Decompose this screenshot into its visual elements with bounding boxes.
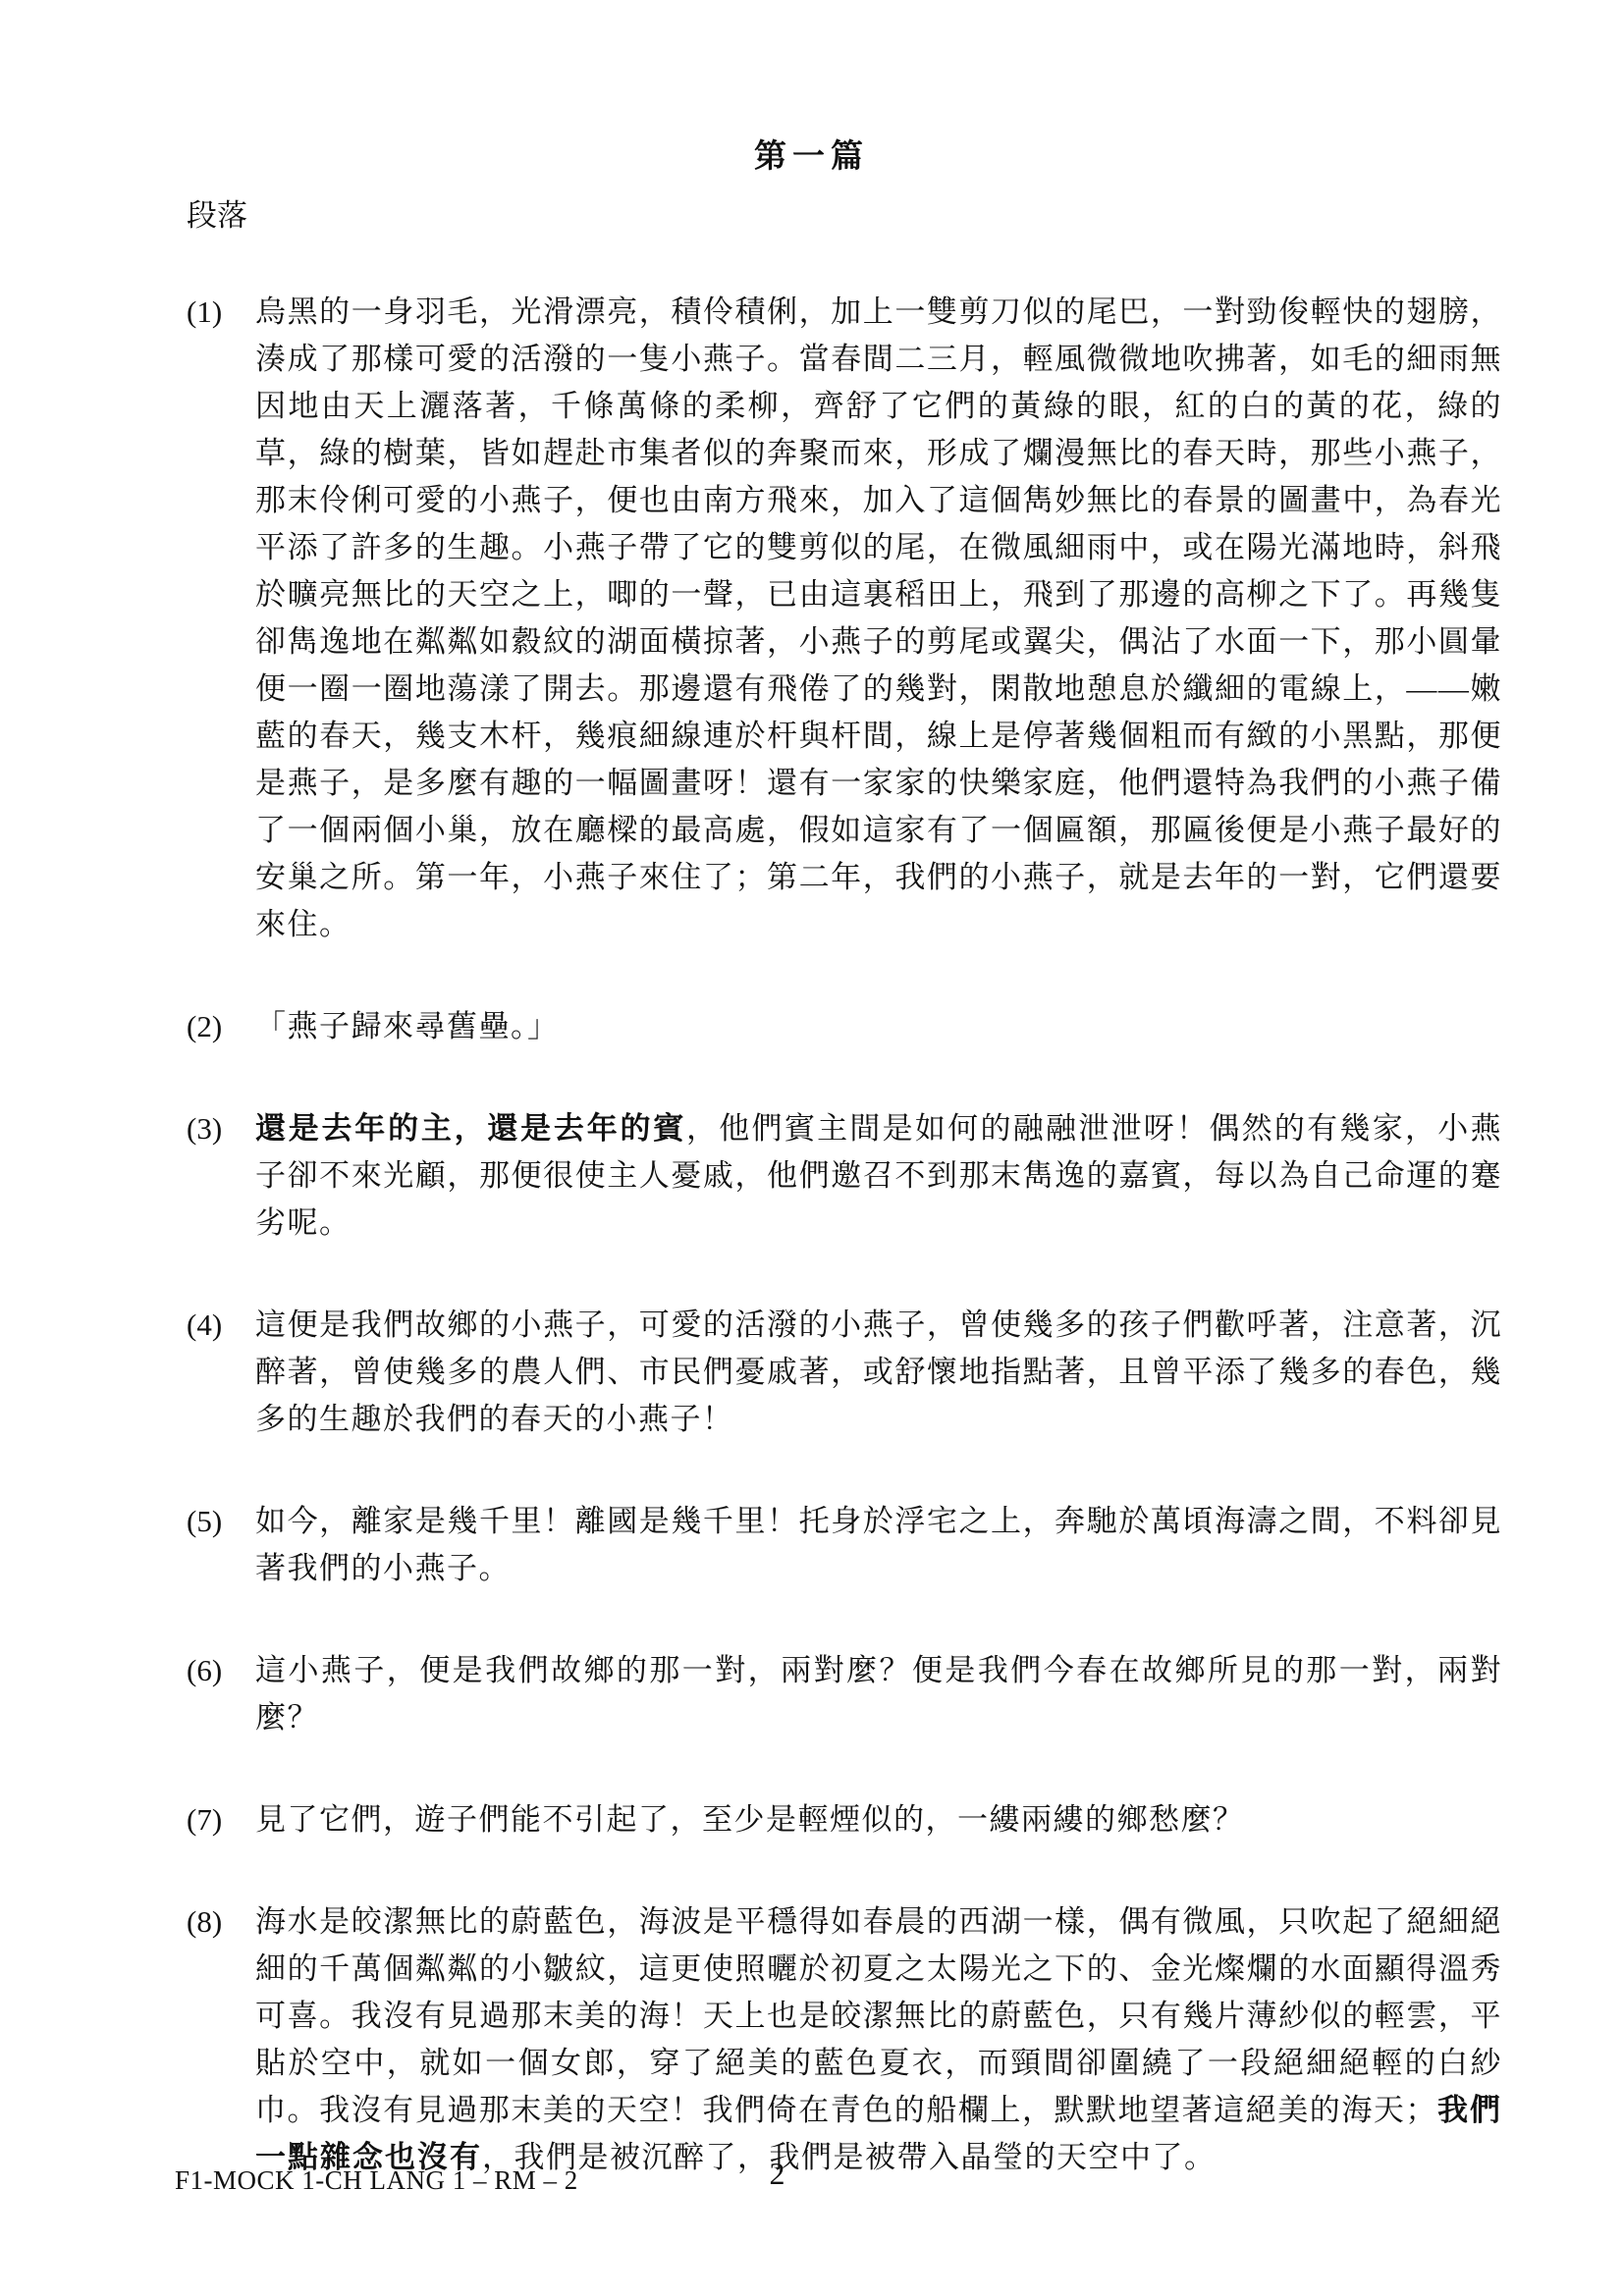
- paragraph-number: (7): [187, 1796, 255, 1843]
- document-title: 第一篇: [0, 0, 1623, 177]
- paragraph-number: (4): [187, 1302, 255, 1443]
- paragraph: (8)海水是皎潔無比的蔚藍色，海波是平穩得如春晨的西湖一樣，偶有微風，只吹起了絕…: [187, 1898, 1502, 2181]
- paragraph-text: 如今，離家是幾千里！離國是幾千里！托身於浮宅之上，奔馳於萬頃海濤之間，不料卻見著…: [255, 1498, 1502, 1592]
- paragraph: (2)「燕子歸來尋舊壘。」: [187, 1003, 1502, 1050]
- bold-text-segment: 還是去年的主，還是去年的賓: [255, 1111, 686, 1146]
- paragraph: (7)見了它們，遊子們能不引起了，至少是輕煙似的，一縷兩縷的鄉愁麼？: [187, 1796, 1502, 1843]
- paragraph-number: (3): [187, 1105, 255, 1247]
- paragraph-text: 烏黑的一身羽毛，光滑漂亮，積伶積俐，加上一雙剪刀似的尾巴，一對勁俊輕快的翅膀，湊…: [255, 289, 1502, 948]
- text-segment: 見了它們，遊子們能不引起了，至少是輕煙似的，一縷兩縷的鄉愁麼？: [255, 1802, 1245, 1837]
- text-segment: 「燕子歸來尋舊壘。」: [255, 1009, 560, 1043]
- paragraph-number: (5): [187, 1498, 255, 1592]
- text-segment: 這小燕子，便是我們故鄉的那一對，兩對麼？便是我們今春在故鄉所見的那一對，兩對麼？: [255, 1653, 1502, 1735]
- paragraph-text: 這便是我們故鄉的小燕子，可愛的活潑的小燕子，曾使幾多的孩子們歡呼著，注意著，沉醉…: [255, 1302, 1502, 1443]
- text-segment: 海水是皎潔無比的蔚藍色，海波是平穩得如春晨的西湖一樣，偶有微風，只吹起了絕細絕細…: [255, 1904, 1502, 2127]
- paragraph-text: 見了它們，遊子們能不引起了，至少是輕煙似的，一縷兩縷的鄉愁麼？: [255, 1796, 1502, 1843]
- footer: F1-MOCK 1-CH LANG 1 – RM – 2 2: [0, 2156, 1623, 2215]
- paragraph: (1)烏黑的一身羽毛，光滑漂亮，積伶積俐，加上一雙剪刀似的尾巴，一對勁俊輕快的翅…: [187, 289, 1502, 948]
- paragraph-number: (1): [187, 289, 255, 948]
- paragraph-text: 還是去年的主，還是去年的賓，他們賓主間是如何的融融泄泄呀！偶然的有幾家，小燕子卻…: [255, 1105, 1502, 1247]
- paragraph-list: (1)烏黑的一身羽毛，光滑漂亮，積伶積俐，加上一雙剪刀似的尾巴，一對勁俊輕快的翅…: [0, 289, 1623, 2181]
- document-page: 第一篇 段落 (1)烏黑的一身羽毛，光滑漂亮，積伶積俐，加上一雙剪刀似的尾巴，一…: [0, 0, 1623, 2296]
- footer-page-number: 2: [0, 2156, 1554, 2192]
- paragraph-number: (6): [187, 1647, 255, 1741]
- text-segment: 這便是我們故鄉的小燕子，可愛的活潑的小燕子，曾使幾多的孩子們歡呼著，注意著，沉醉…: [255, 1308, 1502, 1436]
- paragraph-number: (2): [187, 1003, 255, 1050]
- paragraph-text: 「燕子歸來尋舊壘。」: [255, 1003, 1502, 1050]
- paragraph: (5)如今，離家是幾千里！離國是幾千里！托身於浮宅之上，奔馳於萬頃海濤之間，不料…: [187, 1498, 1502, 1592]
- paragraph-text: 這小燕子，便是我們故鄉的那一對，兩對麼？便是我們今春在故鄉所見的那一對，兩對麼？: [255, 1647, 1502, 1741]
- text-segment: 如今，離家是幾千里！離國是幾千里！托身於浮宅之上，奔馳於萬頃海濤之間，不料卻見著…: [255, 1504, 1502, 1585]
- text-segment: 烏黑的一身羽毛，光滑漂亮，積伶積俐，加上一雙剪刀似的尾巴，一對勁俊輕快的翅膀，湊…: [255, 294, 1502, 941]
- paragraph: (3)還是去年的主，還是去年的賓，他們賓主間是如何的融融泄泄呀！偶然的有幾家，小…: [187, 1105, 1502, 1247]
- paragraph: (4)這便是我們故鄉的小燕子，可愛的活潑的小燕子，曾使幾多的孩子們歡呼著，注意著…: [187, 1302, 1502, 1443]
- paragraph: (6)這小燕子，便是我們故鄉的那一對，兩對麼？便是我們今春在故鄉所見的那一對，兩…: [187, 1647, 1502, 1741]
- paragraph-number: (8): [187, 1898, 255, 2181]
- paragraph-text: 海水是皎潔無比的蔚藍色，海波是平穩得如春晨的西湖一樣，偶有微風，只吹起了絕細絕細…: [255, 1898, 1502, 2181]
- section-label: 段落: [187, 194, 1623, 238]
